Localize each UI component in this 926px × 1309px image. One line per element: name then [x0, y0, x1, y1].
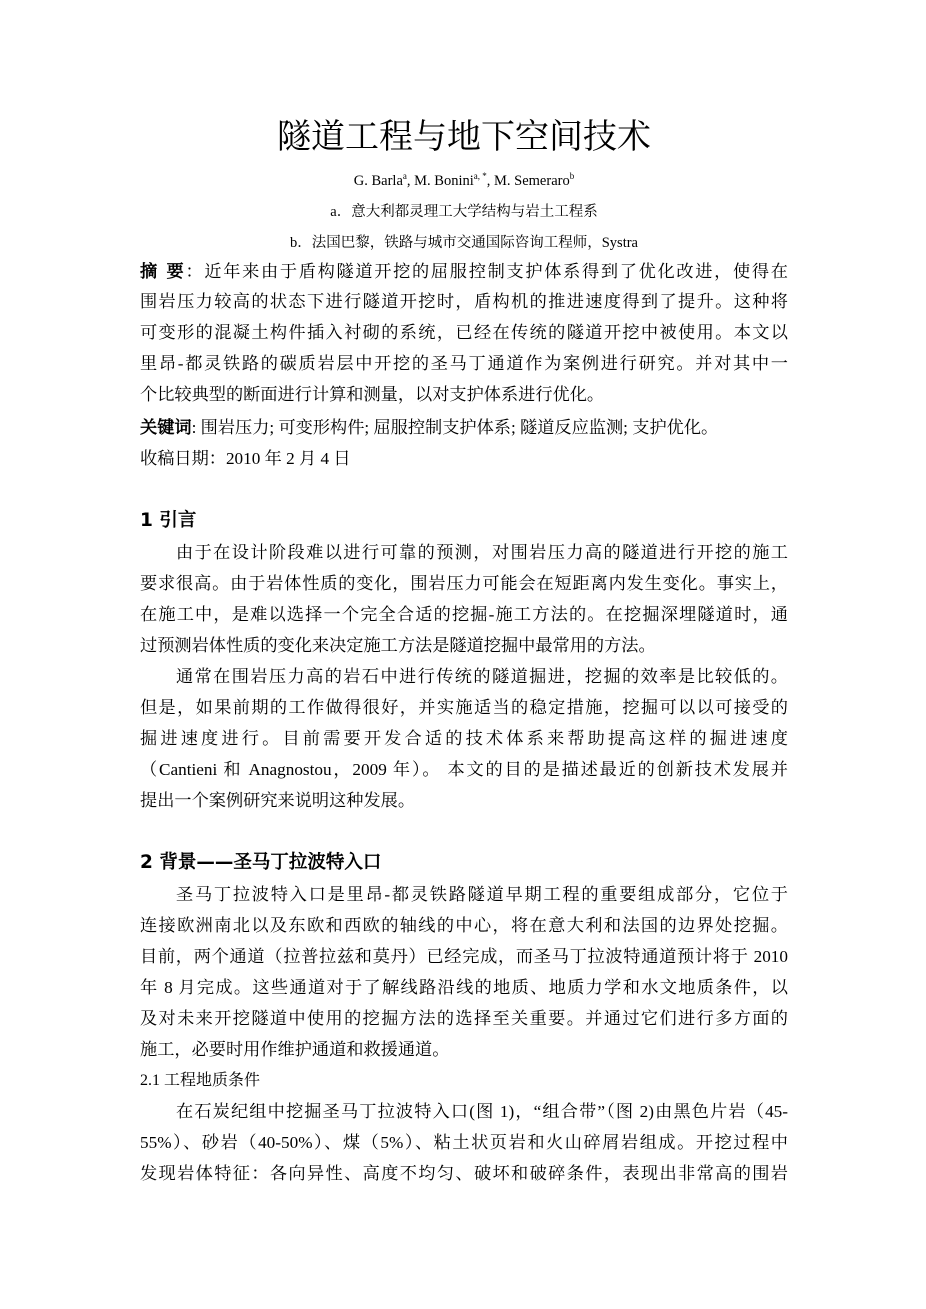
abstract-line: 里昂-都灵铁路的碳质岩层中开挖的圣马丁通道作为案例进行研究。并对其中一: [140, 349, 788, 379]
author-affiliation-mark: a: [403, 171, 407, 181]
author-affiliation-mark: b: [570, 171, 575, 181]
author-affiliation-mark: a, *: [474, 171, 487, 181]
received-date: 收稿日期：2010 年 2 月 4 日: [140, 444, 788, 474]
body-line: 施工，必要时用作维护通道和救援通道。: [140, 1035, 788, 1065]
author-list: G. Barlaa, M. Boninia, *, M. Semerarob: [140, 171, 788, 191]
body-line: 要求很高。由于岩体性质的变化，围岩压力可能会在短距离内发生变化。事实上，: [140, 569, 788, 599]
body-line: 在施工中，是难以选择一个完全合适的挖掘-施工方法的。在挖掘深埋隧道时，通: [140, 600, 788, 630]
keywords: 关键词: 围岩压力; 可变形构件; 屈服控制支护体系; 隧道反应监测; 支护优化…: [140, 413, 788, 443]
body-line: 发现岩体特征：各向异性、高度不均匀、破坏和破碎条件，表现出非常高的围岩: [140, 1159, 788, 1189]
abstract-line: 可变形的混凝土构件插入衬砌的系统，已经在传统的隧道开挖中被使用。本文以: [140, 318, 788, 348]
keywords-text: : 围岩压力; 可变形构件; 屈服控制支护体系; 隧道反应监测; 支护优化。: [192, 418, 719, 437]
body-line: 提出一个案例研究来说明这种发展。: [140, 786, 788, 816]
affiliation-a: a．意大利都灵理工大学结构与岩土工程系: [140, 202, 788, 222]
body-line: 但是，如果前期的工作做得很好，并实施适当的稳定措施，挖掘可以以可接受的: [140, 693, 788, 723]
body-line: 年 8 月完成。这些通道对于了解线路沿线的地质、地质力学和水文地质条件，以: [140, 973, 788, 1003]
body-line: 目前，两个通道（拉普拉兹和莫丹）已经完成，而圣马丁拉波特通道预计将于 2010: [140, 942, 788, 972]
author-name: G. Barla: [354, 173, 403, 189]
abstract-line: 个比较典型的断面进行计算和测量，以对支护体系进行优化。: [140, 380, 788, 410]
body-line: 由于在设计阶段难以进行可靠的预测，对围岩压力高的隧道进行开挖的施工: [140, 538, 788, 568]
author-name: M. Bonini: [414, 173, 474, 189]
section-heading: 2 背景——圣马丁拉波特入口: [140, 848, 381, 878]
body-line: 通常在围岩压力高的岩石中进行传统的隧道掘进，挖掘的效率是比较低的。: [140, 662, 788, 692]
section-heading: 1 引言: [140, 506, 196, 536]
abstract-line: 围岩压力较高的状态下进行隧道开挖时，盾构机的推进速度得到了提升。这种将: [140, 287, 788, 317]
body-line: 圣马丁拉波特入口是里昂-都灵铁路隧道早期工程的重要组成部分，它位于: [140, 880, 788, 910]
abstract-label: 摘 要: [140, 262, 185, 282]
body-line: 掘进速度进行。目前需要开发合适的技术体系来帮助提高这样的掘进速度: [140, 724, 788, 754]
body-line: （Cantieni 和 Anagnostou，2009 年）。 本文的目的是描述…: [140, 755, 788, 785]
abstract-line: 摘 要：近年来由于盾构隧道开挖的屈服控制支护体系得到了优化改进，使得在: [140, 257, 788, 287]
affiliation-b: b．法国巴黎，铁路与城市交通国际咨询工程师，Systra: [140, 233, 788, 253]
body-line: 及对未来开挖隧道中使用的挖掘方法的选择至关重要。并通过它们进行多方面的: [140, 1004, 788, 1034]
body-line: 过预测岩体性质的变化来决定施工方法是隧道挖掘中最常用的方法。: [140, 631, 788, 661]
body-line: 55%）、砂岩（40-50%）、煤（5%）、粘土状页岩和火山碎屑岩组成。开挖过程…: [140, 1128, 788, 1158]
body-line: 在石炭纪组中挖掘圣马丁拉波特入口(图 1)，“组合带”（图 2)由黑色片岩（45…: [140, 1097, 788, 1127]
keywords-label: 关键词: [140, 418, 192, 438]
author-name: M. Semeraro: [494, 173, 570, 189]
body-line: 连接欧洲南北以及东欧和西欧的轴线的中心，将在意大利和法国的边界处挖掘。: [140, 911, 788, 941]
paper-title: 隧道工程与地下空间技术: [140, 114, 788, 160]
subsection-heading: 2.1 工程地质条件: [140, 1066, 260, 1096]
